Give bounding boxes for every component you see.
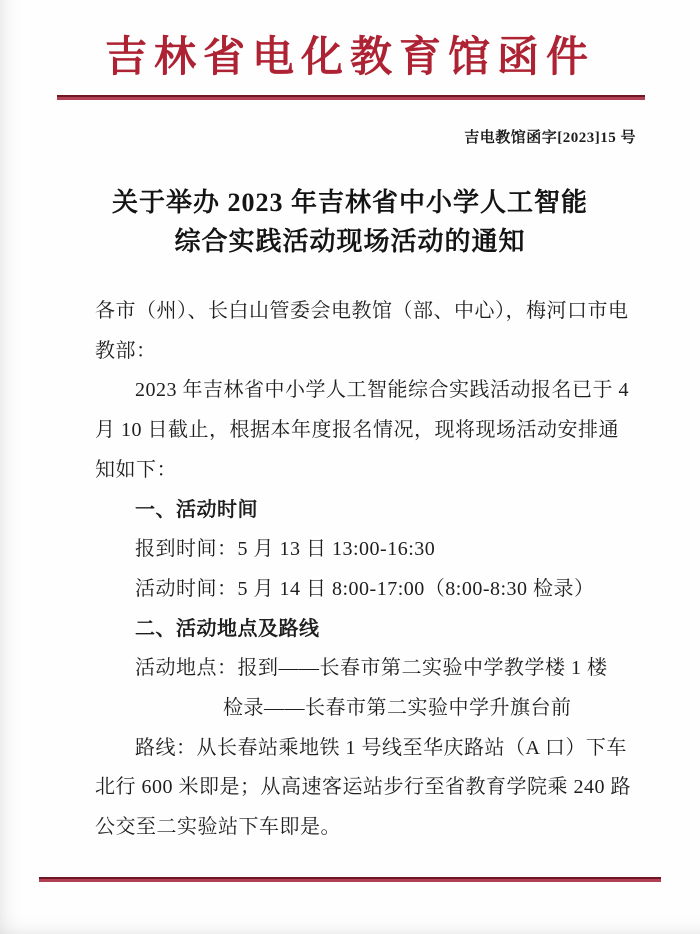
body-line-route-1: 路线：从长春站乘地铁 1 号线至华庆路站（A 口）下车 bbox=[95, 729, 643, 769]
notice-title: 关于举办 2023 年吉林省中小学人工智能 综合实践活动现场活动的通知 bbox=[0, 183, 700, 261]
body-line-intro-3: 知如下： bbox=[95, 451, 643, 491]
letterhead-rule bbox=[57, 95, 645, 100]
letterhead-title: 吉林省电化教育馆函件 bbox=[0, 24, 700, 84]
body-line-salutation: 各市（州）、长白山管委会电教馆（部、中心），梅河口市电 bbox=[95, 292, 643, 332]
notice-body: 各市（州）、长白山管委会电教馆（部、中心），梅河口市电 教部： 2023 年吉林… bbox=[95, 292, 643, 848]
notice-title-line2: 综合实践活动现场活动的通知 bbox=[0, 222, 700, 261]
notice-title-line1: 关于举办 2023 年吉林省中小学人工智能 bbox=[0, 183, 700, 222]
doc-number: 吉电教馆函字[2023]15 号 bbox=[464, 126, 636, 147]
body-line-route-2: 北行 600 米即是；从高速客运站步行至省教育学院乘 240 路 bbox=[95, 768, 643, 808]
body-line-route-3: 公交至二实验站下车即是。 bbox=[95, 808, 643, 848]
body-line-location-2: 检录——长春市第二实验中学升旗台前 bbox=[95, 689, 643, 729]
body-line-activity-time: 活动时间：5 月 14 日 8:00-17:00（8:00-8:30 检录） bbox=[95, 570, 643, 610]
section-heading-1: 一、活动时间 bbox=[95, 491, 643, 531]
section-heading-2: 二、活动地点及路线 bbox=[95, 610, 643, 650]
footer-rule bbox=[39, 877, 661, 882]
document-page: 吉林省电化教育馆函件 吉电教馆函字[2023]15 号 关于举办 2023 年吉… bbox=[0, 0, 700, 934]
body-line-intro: 2023 年吉林省中小学人工智能综合实践活动报名已于 4 bbox=[95, 371, 643, 411]
body-line-salutation-2: 教部： bbox=[95, 332, 643, 372]
body-line-checkin-time: 报到时间：5 月 13 日 13:00-16:30 bbox=[95, 530, 643, 570]
body-line-intro-2: 月 10 日截止，根据本年度报名情况，现将现场活动安排通 bbox=[95, 411, 643, 451]
body-line-location-1: 活动地点：报到——长春市第二实验中学教学楼 1 楼 bbox=[95, 649, 643, 689]
